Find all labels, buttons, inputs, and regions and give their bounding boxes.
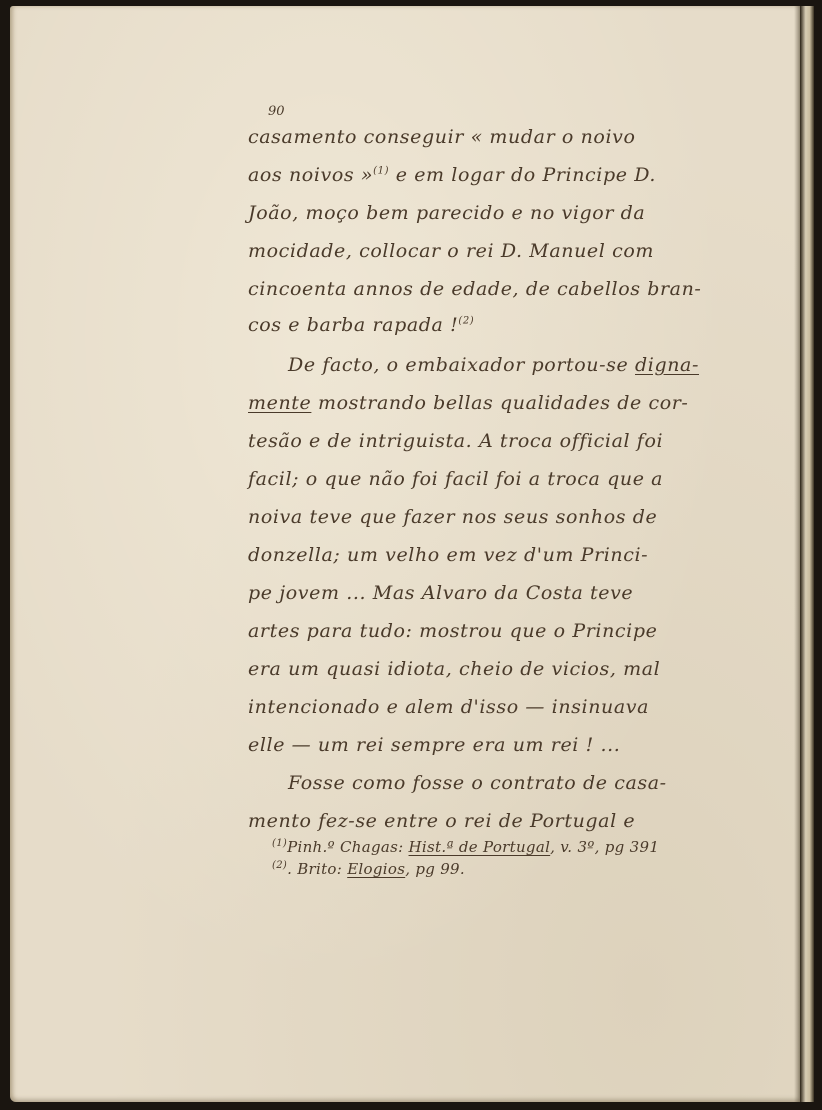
text-line-11: noiva teve que fazer nos seus sonhos de [248,506,718,528]
text-line-7: De facto, o embaixador portou-se digna- [248,354,758,376]
line-text: casamento conseguir « mudar o noivo [248,126,636,148]
line-text: e em logar do Principe D. [389,164,656,186]
footnote-mark: (2) [458,316,474,327]
line-text: artes para tudo: mostrou que o Principe [248,620,657,642]
text-line-4: mocidade, collocar o rei D. Manuel com [248,240,718,262]
text-line-3: João, moço bem parecido e no vigor da [248,202,718,224]
footnote-mark: (2) [272,860,287,871]
page-number: 90 [268,104,285,119]
line-text: tesão e de intriguista. A troca official… [248,430,663,452]
text-line-15: era um quasi idiota, cheio de vicios, ma… [248,658,718,680]
text-line-19: mento fez-se entre o rei de Portugal e [248,810,718,832]
text-line-5: cincoenta annos de edade, de cabellos br… [248,278,718,300]
text-line-6: cos e barba rapada !(2) [248,314,718,336]
line-text: era um quasi idiota, cheio de vicios, ma… [248,658,660,680]
line-text: Fosse como fosse o contrato de casa- [288,772,667,794]
footnote-title: Hist.ª de Portugal [409,838,551,856]
text-line-2: aos noivos »(1) e em logar do Principe D… [248,164,718,186]
text-line-1: casamento conseguir « mudar o noivo [248,126,718,148]
line-text: elle — um rei sempre era um rei ! ... [248,734,620,756]
text-line-12: donzella; um velho em vez d'um Princi- [248,544,718,566]
page-shadow [794,6,800,1102]
text-line-10: facil; o que não foi facil foi a troca q… [248,468,718,490]
text-line-17: elle — um rei sempre era um rei ! ... [248,734,718,756]
text-line-16: intencionado e alem d'isso — insinuava [248,696,718,718]
line-text: pe jovem ... Mas Alvaro da Costa teve [248,582,633,604]
line-text: mocidade, collocar o rei D. Manuel com [248,240,654,262]
footnote-text: , pg 99. [405,860,465,878]
footnote-mark: (1) [373,166,389,177]
line-text: cincoenta annos de edade, de cabellos br… [248,278,701,300]
underlined-text: digna- [635,354,699,376]
text-line-13: pe jovem ... Mas Alvaro da Costa teve [248,582,718,604]
footnote-text: Pinh.º Chagas: [287,838,408,856]
text-line-8: mente mostrando bellas qualidades de cor… [248,392,718,414]
line-text: facil; o que não foi facil foi a troca q… [248,468,663,490]
scanned-page-view: 90 casamento conseguir « mudar o noivo a… [0,0,822,1110]
text-line-14: artes para tudo: mostrou que o Principe [248,620,718,642]
line-text: cos e barba rapada ! [248,314,458,336]
line-text: De facto, o embaixador portou-se [288,354,635,376]
footnote-1: (1)Pinh.º Chagas: Hist.ª de Portugal, v.… [272,838,659,856]
line-text: João, moço bem parecido e no vigor da [248,202,645,224]
line-text: donzella; um velho em vez d'um Princi- [248,544,648,566]
book-page-edge [800,6,814,1102]
footnote-mark: (1) [272,838,287,849]
line-text: mostrando bellas qualidades de cor- [311,392,688,414]
footnote-text: , v. 3º, pg 391 [550,838,659,856]
text-line-18: Fosse como fosse o contrato de casa- [248,772,758,794]
line-text: intencionado e alem d'isso — insinuava [248,696,649,718]
line-text: noiva teve que fazer nos seus sonhos de [248,506,657,528]
underlined-text: mente [248,392,311,414]
footnote-2: (2). Brito: Elogios, pg 99. [272,860,465,878]
text-line-9: tesão e de intriguista. A troca official… [248,430,718,452]
footnote-text: . Brito: [287,860,347,878]
line-text: aos noivos » [248,164,373,186]
line-text: mento fez-se entre o rei de Portugal e [248,810,635,832]
footnote-title: Elogios [347,860,405,878]
